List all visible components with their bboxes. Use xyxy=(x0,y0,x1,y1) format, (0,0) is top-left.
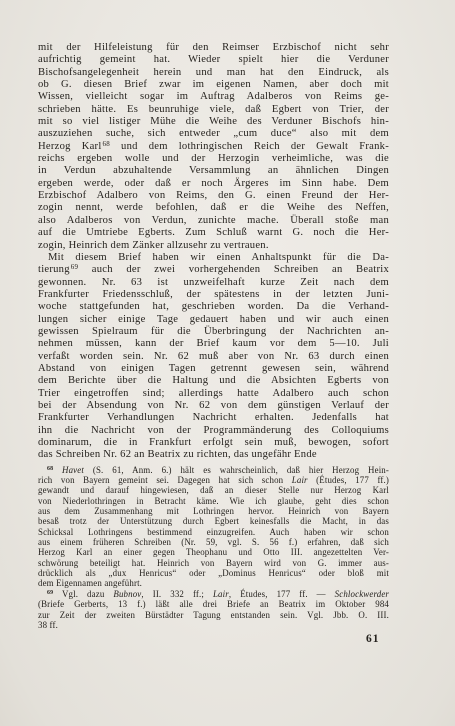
text-line: verfaßt worden sein. Nr. 62 muß aber von… xyxy=(38,351,389,363)
text-line: zogin, Heinrich dem Zänker allzusehr zu … xyxy=(38,240,389,252)
text-line: 38 ff. xyxy=(38,620,389,630)
paragraph: mit der Hilfeleistung für den Reimser Er… xyxy=(38,42,389,252)
paragraph: 69 Vgl. dazu Bubnov, II. 332 ff.; Lair, … xyxy=(38,589,389,630)
text-line: Trier eingetroffen sind; allerdings hatt… xyxy=(38,388,389,400)
text-line: gewandt und darauf hingewiesen, daß an d… xyxy=(38,485,389,495)
text-line: Abstand von einigen Tagen getrennt gewes… xyxy=(38,363,389,375)
text-line: drücklich als „dux Henricus“ oder „Domin… xyxy=(38,568,389,578)
text-line: Mit diesem Brief haben wir einen Anhalts… xyxy=(38,252,389,264)
text-line: (Briefe Gerberts, 13 f.) läßt alle drei … xyxy=(38,599,389,609)
text-line: ob G. diesen Brief zwar im eigenen Namen… xyxy=(38,79,389,91)
text-line: aus dem Zusammenhang mit Lothringen herv… xyxy=(38,506,389,516)
text-block: mit der Hilfeleistung für den Reimser Er… xyxy=(38,42,389,630)
text-line: dem Eigennamen angeführt. xyxy=(38,578,389,588)
footnotes-section: 68 Havet (S. 61, Anm. 6.) hält es wahrsc… xyxy=(38,465,389,631)
main-text: mit der Hilfeleistung für den Reimser Er… xyxy=(38,42,389,462)
text-line: ihn die Nachricht von der Programmänderu… xyxy=(38,425,389,437)
text-line: mit der Hilfeleistung für den Reimser Er… xyxy=(38,42,389,54)
text-line: lungen sicher einige Tage gedauert haben… xyxy=(38,314,389,326)
paragraph: 68 Havet (S. 61, Anm. 6.) hält es wahrsc… xyxy=(38,465,389,589)
text-line: gewissen Spielraum für die Überbringung … xyxy=(38,326,389,338)
text-line: schrieben hätte. Es beunruhige viele, da… xyxy=(38,104,389,116)
text-line: besaß trotz der Unterstützung durch Egbe… xyxy=(38,516,389,526)
text-line: woche stattgefunden hat, geschrieben wor… xyxy=(38,301,389,313)
text-line: rich von Bayern gemeint sei. Dagegen hat… xyxy=(38,475,389,485)
text-line: Herzog Karl68 und dem lothringischen Rei… xyxy=(38,141,389,153)
paragraph: Mit diesem Brief haben wir einen Anhalts… xyxy=(38,252,389,462)
text-line: Frankfurter Verhandlungen Nachricht erha… xyxy=(38,412,389,424)
text-line: dem Berichte über die Haltung und die Ab… xyxy=(38,375,389,387)
text-line: nehmen müssen, kann der Brief kaum vor d… xyxy=(38,338,389,350)
text-line: Wissen, vielleicht sogar im Auftrag Adal… xyxy=(38,91,389,103)
text-line: Bischofsangelegenheit herein und man hat… xyxy=(38,67,389,79)
text-line: gewonnen. Nr. 63 ist unzweifelhaft kurze… xyxy=(38,277,389,289)
text-line: 69 Vgl. dazu Bubnov, II. 332 ff.; Lair, … xyxy=(38,589,389,599)
text-line: in Verdun abzuhaltende Versammlung an äh… xyxy=(38,165,389,177)
text-line: mit so viel listiger Mühe die Weihe des … xyxy=(38,116,389,128)
text-line: zur Zeit der zweiten Bürstädter Tagung e… xyxy=(38,610,389,620)
text-line: tierung69 auch der zwei vorhergehenden S… xyxy=(38,264,389,276)
text-line: auszuziehen suche, sich entweder „cum du… xyxy=(38,128,389,140)
text-line: von Niederlothringen in Betracht käme. W… xyxy=(38,496,389,506)
text-line: dominarum, die in Frankfurt erfolgt sein… xyxy=(38,437,389,449)
text-line: aus einem früheren Schreiben (Nr. 59, vg… xyxy=(38,537,389,547)
text-line: Schicksal Lothringens bestimmend einzugr… xyxy=(38,527,389,537)
text-line: reichs ergeben wolle und der Herzogin ve… xyxy=(38,153,389,165)
text-line: aufrichtig gemeint hat. Wieder spielt hi… xyxy=(38,54,389,66)
text-line: Erzbischof Adalbero von Reims, den G. ei… xyxy=(38,190,389,202)
text-line: das Schreiben Nr. 62 an Beatrix zu richt… xyxy=(38,449,389,461)
text-line: Frankfurter Friedensschluß, der späteste… xyxy=(38,289,389,301)
book-page: mit der Hilfeleistung für den Reimser Er… xyxy=(0,0,455,726)
text-line: bei der Absendung von Nr. 62 von dem gün… xyxy=(38,400,389,412)
text-line: ergeben werde, oder daß er noch Ärgeres … xyxy=(38,178,389,190)
text-line: also Adalberos von Verdun, zunichte mach… xyxy=(38,215,389,227)
text-line: 68 Havet (S. 61, Anm. 6.) hält es wahrsc… xyxy=(38,465,389,475)
text-line: Herzog Karl an einer gegen Theophanu und… xyxy=(38,547,389,557)
page-number: 61 xyxy=(366,633,380,645)
text-line: schwörung beteiligt hat. Heinrich von Ba… xyxy=(38,558,389,568)
text-line: zogin nennt, werde befohlen, daß er die … xyxy=(38,202,389,214)
text-line: auf die Umtriebe Egberts. Zum Schluß war… xyxy=(38,227,389,239)
